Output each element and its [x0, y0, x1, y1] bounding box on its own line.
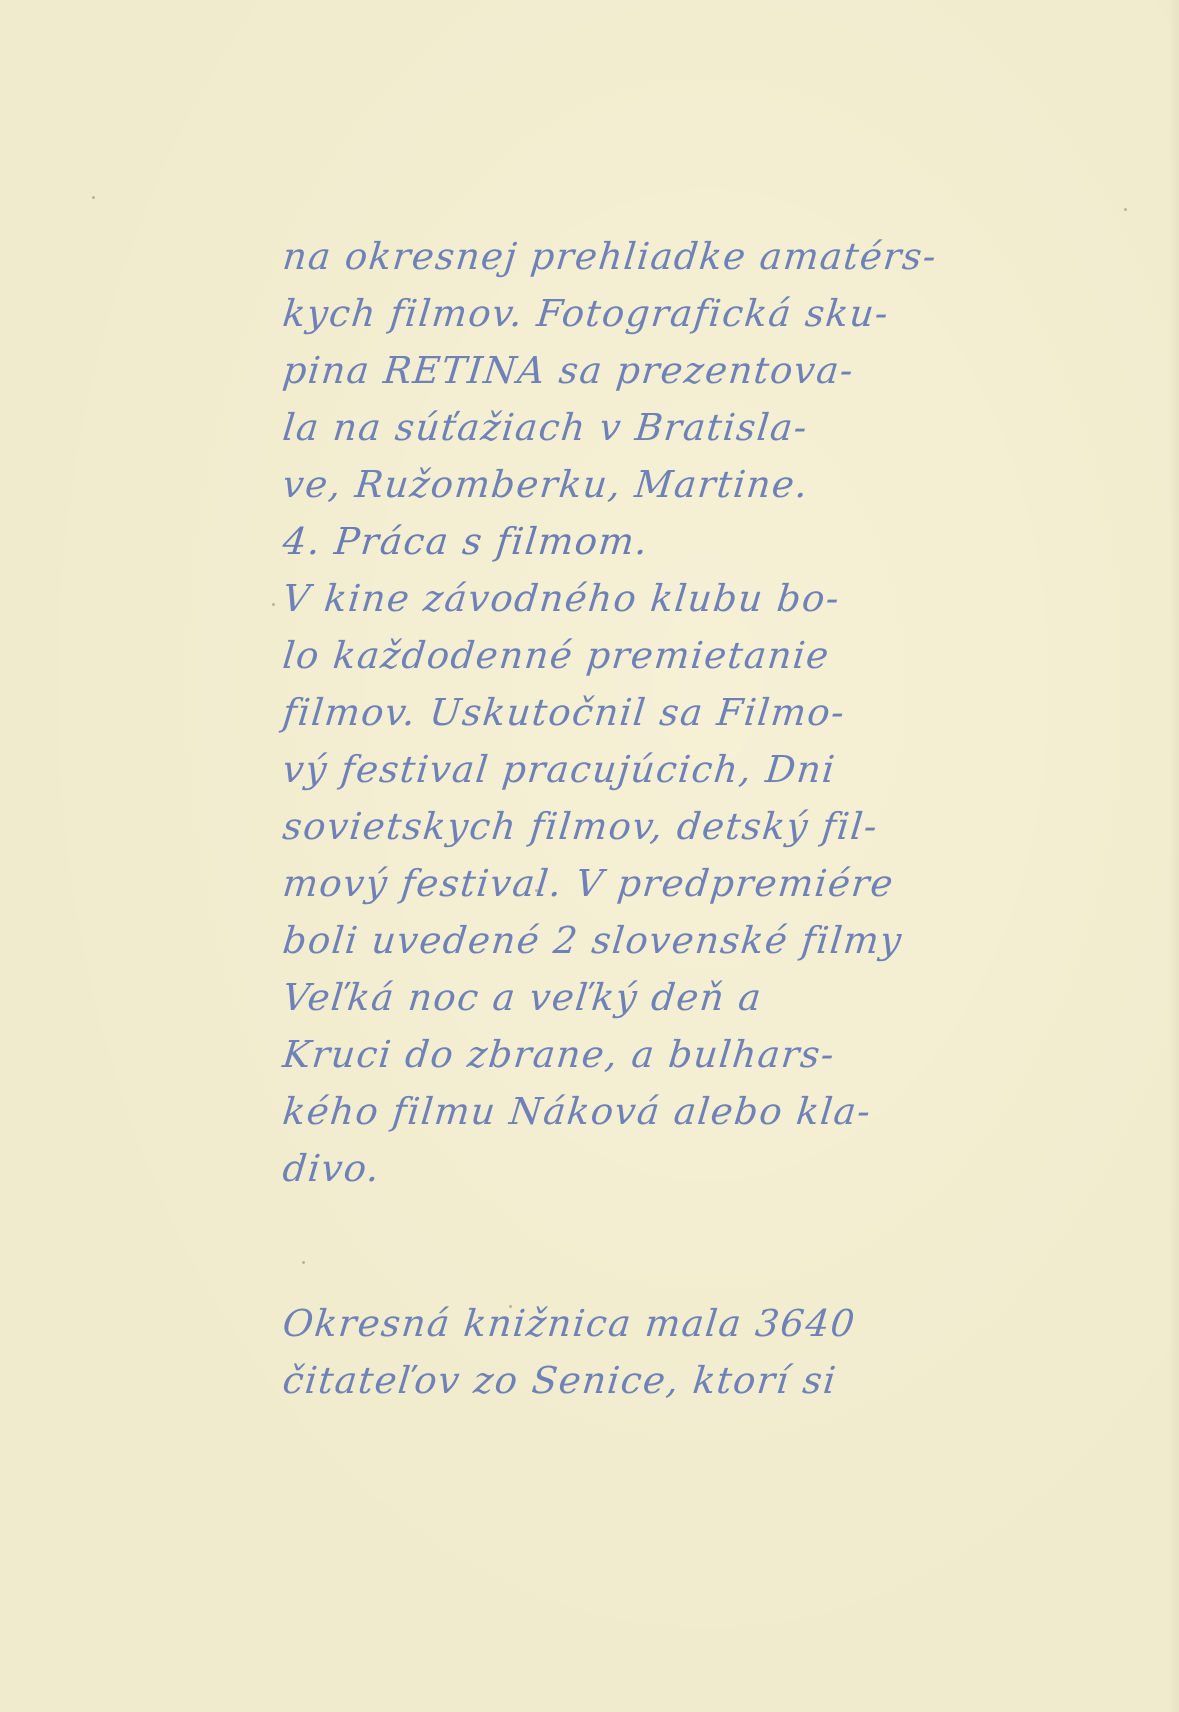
text-line: sovietskych filmov, detský fil-	[280, 798, 1116, 855]
paragraph-gap	[280, 1197, 1110, 1295]
paper-speck	[1124, 208, 1127, 211]
text-line: vý festival pracujúcich, Dni	[280, 741, 1116, 798]
text-line: divo.	[280, 1140, 1116, 1197]
paper-speck	[272, 603, 275, 606]
text-line: na okresnej prehliadke amatérs-	[280, 228, 1116, 285]
text-line: Kruci do zbrane, a bulhars-	[280, 1026, 1116, 1083]
text-line: la na súťažiach v Bratisla-	[280, 399, 1116, 456]
text-line: Okresná knižnica mala 3640	[280, 1295, 1116, 1352]
text-line: mový festival. V predpremiére	[280, 855, 1116, 912]
paragraph-amateur-films: na okresnej prehliadke amatérs- kych fil…	[280, 228, 1110, 513]
document-page: na okresnej prehliadke amatérs- kych fil…	[0, 0, 1179, 1712]
text-line: lo každodenné premietanie	[280, 627, 1116, 684]
text-line: čitateľov zo Senice, ktorí si	[280, 1352, 1116, 1409]
handwritten-text: na okresnej prehliadke amatérs- kych fil…	[280, 228, 1110, 1409]
text-line: pina RETINA sa prezentova-	[280, 342, 1116, 399]
paper-speck	[92, 196, 95, 199]
text-line: filmov. Uskutočnil sa Filmo-	[280, 684, 1116, 741]
text-line: kého filmu Náková alebo kla-	[280, 1083, 1116, 1140]
text-line: kych filmov. Fotografická sku-	[280, 285, 1116, 342]
section-heading: 4. Práca s filmom.	[280, 513, 1116, 570]
text-line: boli uvedené 2 slovenské filmy	[280, 912, 1116, 969]
text-line: ve, Ružomberku, Martine.	[280, 456, 1116, 513]
text-line: V kine závodného klubu bo-	[280, 570, 1116, 627]
section-work-with-film: 4. Práca s filmom. V kine závodného klub…	[280, 513, 1110, 1197]
paragraph-district-library: Okresná knižnica mala 3640 čitateľov zo …	[280, 1295, 1110, 1409]
text-line: Veľká noc a veľký deň a	[280, 969, 1116, 1026]
page-edge-shadow	[1169, 0, 1179, 1712]
